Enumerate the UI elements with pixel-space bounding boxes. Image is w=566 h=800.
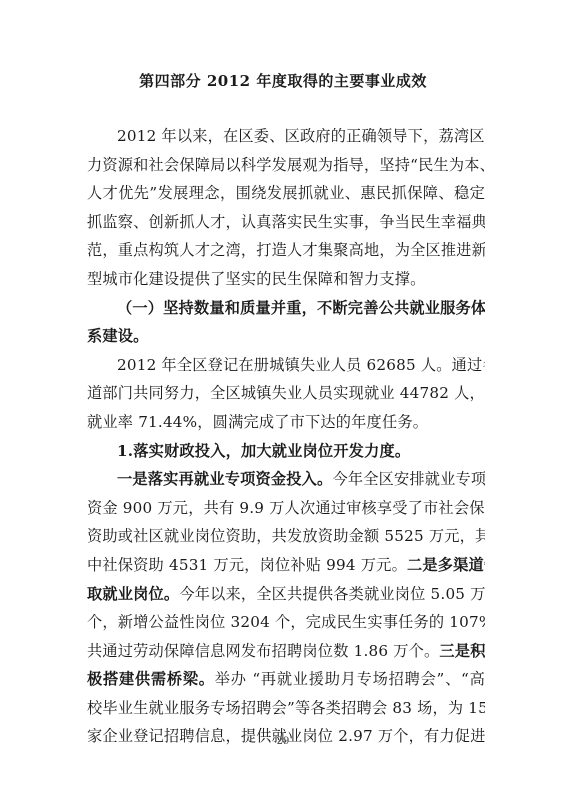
text-line: 道部门共同努力，全区城镇失业人员实现就业 44782 人，再 [87, 379, 485, 408]
text-line: 资助或社区就业岗位资助，共发放资助金额 5525 万元，其 [87, 522, 485, 551]
document-page: 第四部分 2012 年度取得的主要事业成效 2012 年以来，在区委、区政府的正… [0, 0, 566, 800]
body-text: 型城市化建设提供了坚实的民生保障和智力支撑。 [87, 270, 426, 288]
text-line: 型城市化建设提供了坚实的民生保障和智力支撑。 [87, 265, 485, 294]
text-line: 系建设。 [87, 322, 485, 351]
body-text: 中社保资助 4531 万元，岗位补贴 994 万元。 [87, 556, 407, 574]
bold-text: 极搭建供需桥梁。 [87, 670, 215, 688]
body-text: 力资源和社会保障局以科学发展观为指导，坚持“民生为本、 [87, 156, 485, 174]
body-text: 个，新增公益性岗位 3204 个，完成民生实事任务的 107%， [87, 613, 485, 631]
text-line: 个，新增公益性岗位 3204 个，完成民生实事任务的 107%， [87, 608, 485, 637]
text-line: （一）坚持数量和质量并重，不断完善公共就业服务体 [87, 294, 485, 323]
text-line: 共通过劳动保障信息网发布招聘岗位数 1.86 万个。三是积 [87, 637, 485, 666]
bold-text: 系建设。 [87, 327, 149, 345]
body-text: 就业率 71.44%，圆满完成了市下达的年度任务。 [87, 413, 428, 431]
text-line: 2012 年全区登记在册城镇失业人员 62685 人。通过各街 [87, 351, 485, 380]
bold-text: 1.落实财政投入，加大就业岗位开发力度。 [117, 442, 410, 460]
text-line: 中社保资助 4531 万元，岗位补贴 994 万元。二是多渠道争 [87, 551, 485, 580]
body-text: 举办 “再就业援助月专场招聘会”、“高 [215, 670, 485, 688]
text-line: 就业率 71.44%，圆满完成了市下达的年度任务。 [87, 408, 485, 437]
body-text: 范，重点构筑人才之湾，打造人才集聚高地，为全区推进新 [87, 241, 485, 259]
body-text: 资助或社区就业岗位资助，共发放资助金额 5525 万元，其 [87, 527, 485, 545]
page-title: 第四部分 2012 年度取得的主要事业成效 [0, 70, 566, 91]
body-text: 校毕业生就业服务专场招聘会”等各类招聘会 83 场，为 1575 [87, 699, 485, 717]
bold-text: （一）坚持数量和质量并重，不断完善公共就业服务体 [117, 299, 485, 317]
body-text: 今年全区安排就业专项 [332, 470, 485, 488]
text-line: 极搭建供需桥梁。举办 “再就业援助月专场招聘会”、“高 [87, 665, 485, 694]
bold-text: 三是积 [439, 642, 485, 660]
body-text: 资金 900 万元，共有 9.9 万人次通过审核享受了市社会保险 [87, 499, 485, 517]
text-line: 抓监察、创新抓人才，认真落实民生实事，争当民生幸福典 [87, 208, 485, 237]
bold-text: 取就业岗位。 [87, 585, 179, 603]
bold-text: 一是落实再就业专项资金投入。 [117, 470, 332, 488]
text-line: 2012 年以来，在区委、区政府的正确领导下，荔湾区人 [87, 122, 485, 151]
text-line: 1.落实财政投入，加大就业岗位开发力度。 [87, 437, 485, 466]
text-line: 校毕业生就业服务专场招聘会”等各类招聘会 83 场，为 1575 [87, 694, 485, 723]
body-text: 2012 年全区登记在册城镇失业人员 62685 人。通过各街 [117, 356, 485, 374]
text-line: 取就业岗位。今年以来，全区共提供各类就业岗位 5.05 万 [87, 580, 485, 609]
text-line: 资金 900 万元，共有 9.9 万人次通过审核享受了市社会保险 [87, 494, 485, 523]
text-line: 人才优先”发展理念，围绕发展抓就业、惠民抓保障、稳定 [87, 179, 485, 208]
page-number: 29 [0, 736, 566, 747]
body-text: 抓监察、创新抓人才，认真落实民生实事，争当民生幸福典 [87, 213, 485, 231]
body-text: 人才优先”发展理念，围绕发展抓就业、惠民抓保障、稳定 [87, 184, 485, 202]
body-text: 2012 年以来，在区委、区政府的正确领导下，荔湾区人 [117, 127, 485, 145]
bold-text: 二是多渠道争 [407, 556, 485, 574]
document-body: 2012 年以来，在区委、区政府的正确领导下，荔湾区人力资源和社会保障局以科学发… [87, 122, 485, 751]
text-line: 一是落实再就业专项资金投入。今年全区安排就业专项 [87, 465, 485, 494]
text-line: 范，重点构筑人才之湾，打造人才集聚高地，为全区推进新 [87, 236, 485, 265]
text-line: 力资源和社会保障局以科学发展观为指导，坚持“民生为本、 [87, 151, 485, 180]
body-text: 今年以来，全区共提供各类就业岗位 5.05 万 [179, 585, 485, 603]
body-text: 道部门共同努力，全区城镇失业人员实现就业 44782 人，再 [87, 384, 485, 402]
body-text: 共通过劳动保障信息网发布招聘岗位数 1.86 万个。 [87, 642, 439, 660]
